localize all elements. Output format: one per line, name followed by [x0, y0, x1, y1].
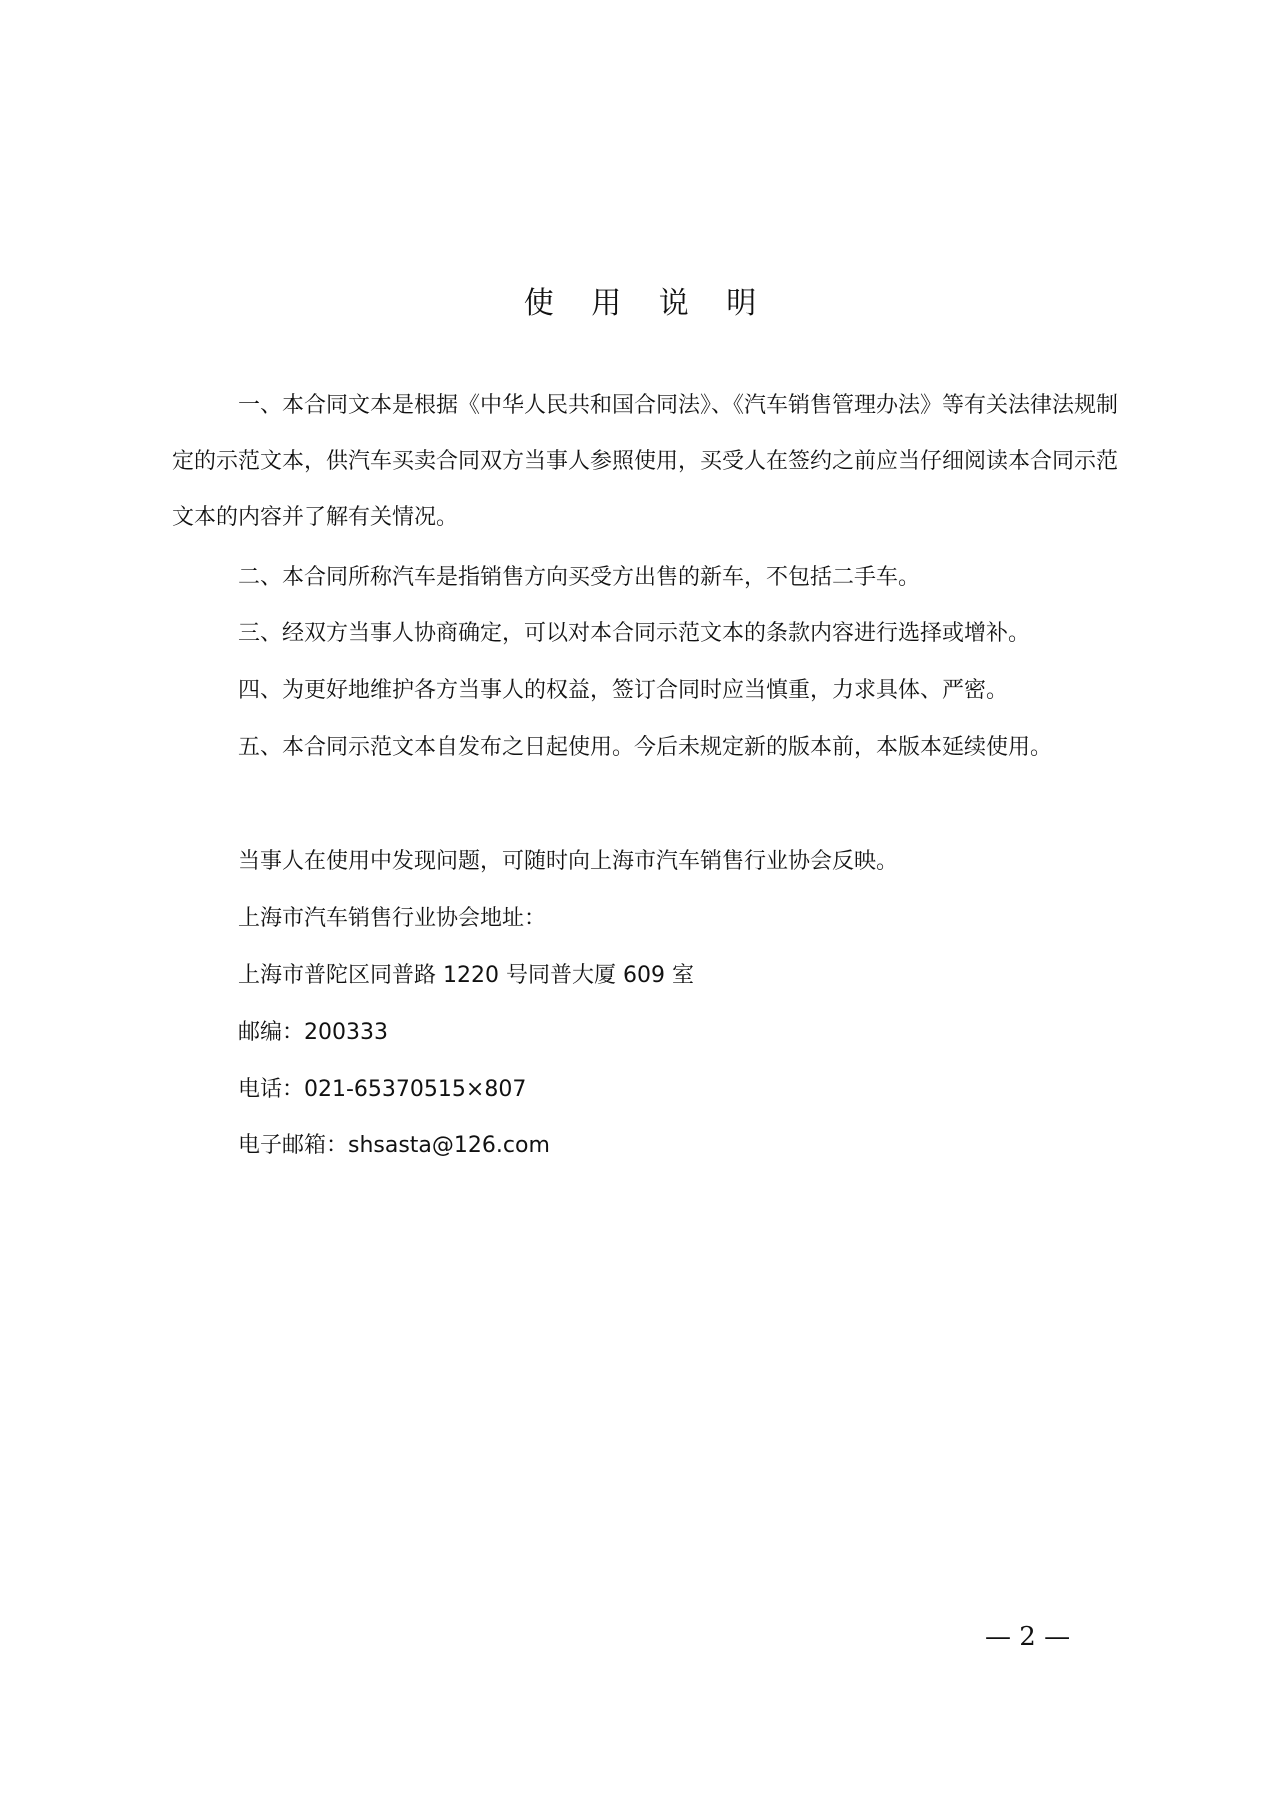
address: 上海市普陀区同普路 1220 号同普大厦 609 室: [238, 958, 694, 989]
postcode: 邮编：200333: [238, 1015, 388, 1046]
contact-notice: 当事人在使用中发现问题，可随时向上海市汽车销售行业协会反映。: [238, 844, 898, 875]
clause-2: 二、本合同所称汽车是指销售方向买受方出售的新车，不包括二手车。: [238, 560, 920, 591]
clause-5: 五、本合同示范文本自发布之日起使用。今后未规定新的版本前，本版本延续使用。: [238, 730, 1052, 761]
clause-1: 一、本合同文本是根据《中华人民共和国合同法》、《汽车销售管理办法》等有关法律法规…: [172, 378, 1122, 546]
phone: 电话：021-65370515×807: [238, 1072, 526, 1103]
clause-4: 四、为更好地维护各方当事人的权益，签订合同时应当慎重，力求具体、严密。: [238, 673, 1008, 704]
document-page: 使 用 说 明 一、本合同文本是根据《中华人民共和国合同法》、《汽车销售管理办法…: [0, 0, 1280, 1810]
page-number: — 2 —: [985, 1622, 1070, 1652]
clause-1-text: 一、本合同文本是根据《中华人民共和国合同法》、《汽车销售管理办法》等有关法律法规…: [172, 393, 1118, 530]
clause-3: 三、经双方当事人协商确定，可以对本合同示范文本的条款内容进行选择或增补。: [238, 616, 1030, 647]
email: 电子邮箱：shsasta@126.com: [238, 1128, 550, 1159]
page-title: 使 用 说 明: [0, 278, 1280, 322]
address-label: 上海市汽车销售行业协会地址：: [238, 901, 546, 932]
